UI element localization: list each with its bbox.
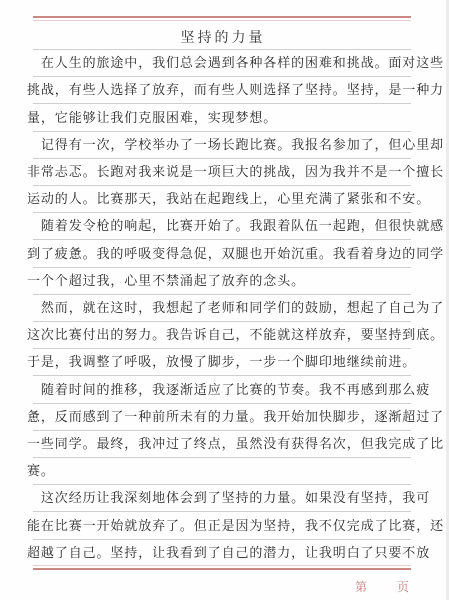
- bottom-margin-rule: [33, 568, 411, 570]
- top-margin-rule: [33, 16, 411, 18]
- page-label-prefix: 第: [355, 578, 367, 595]
- essay-line: 记得有一次，学校举办了一场长跑比赛。我报名参加了，但心里却: [27, 137, 415, 155]
- ruled-line: [33, 212, 411, 213]
- ruled-line: [33, 239, 411, 240]
- ruled-line: [33, 267, 411, 268]
- ruled-line: [33, 457, 411, 458]
- essay-line: 然而，就在这时，我想起了老师和同学们的鼓励，想起了自己为了: [27, 300, 415, 318]
- top-margin-rule-secondary: [33, 20, 411, 21]
- notebook-page: 坚持的力量 在人生的旅途中，我们总会遇到各种各样的困难和挑战。面对这些挑战，有些…: [0, 0, 446, 600]
- ruled-line: [33, 321, 411, 322]
- ruled-line: [33, 375, 411, 376]
- essay-line: 这次比赛付出的努力。我告诉自己，不能就这样放弃，要坚持到底。: [27, 327, 415, 345]
- ruled-line: [33, 539, 411, 540]
- essay-line: 于是，我调整了呼吸，放慢了脚步，一步一个脚印地继续前进。: [27, 354, 415, 372]
- ruled-line: [33, 430, 411, 431]
- ruled-line: [33, 158, 411, 159]
- essay-line: 随着时间的推移，我逐渐适应了比赛的节奏。我不再感到那么疲: [27, 382, 415, 400]
- ruled-line: [33, 511, 411, 512]
- ruled-line: [33, 49, 411, 50]
- bottom-margin-rule-secondary: [33, 565, 411, 566]
- ruled-line: [33, 294, 411, 295]
- essay-line: 能在比赛一开始就放弃了。但正是因为坚持，我不仅完成了比赛，还: [27, 518, 415, 536]
- essay-line: 到了疲惫。我的呼吸变得急促，双腿也开始沉重。我看着身边的同学: [27, 246, 415, 264]
- page-label-suffix: 页: [397, 578, 409, 595]
- essay-line: 非常忐忑。长跑对我来说是一项巨大的挑战，因为我并不是一个擅长: [27, 164, 415, 182]
- ruled-line: [33, 403, 411, 404]
- ruled-line: [33, 131, 411, 132]
- essay-line: 赛。: [27, 463, 415, 481]
- ruled-line: [33, 103, 411, 104]
- essay-line: 惫，反而感到了一种前所未有的力量。我开始加快脚步，逐渐超过了: [27, 409, 415, 427]
- ruled-line: [33, 76, 411, 77]
- essay-line: 一些同学。最终，我冲过了终点，虽然没有获得名次，但我完成了比: [27, 436, 415, 454]
- essay-line: 一个个超过我，心里不禁涌起了放弃的念头。: [27, 273, 415, 291]
- essay-line: 这次经历让我深刻地体会到了坚持的力量。如果没有坚持，我可: [27, 490, 415, 508]
- essay-line: 量，它能够让我们克服困难，实现梦想。: [27, 110, 415, 128]
- page-number-label: 第页: [355, 578, 409, 595]
- essay-line: 在人生的旅途中，我们总会遇到各种各样的困难和挑战。面对这些: [27, 55, 415, 73]
- ruled-line: [33, 185, 411, 186]
- essay-line: 随着发令枪的响起，比赛开始了。我跟着队伍一起跑，但很快就感: [27, 218, 415, 236]
- essay-line: 挑战，有些人选择了放弃，而有些人则选择了坚持。坚持，是一种力: [27, 82, 415, 100]
- ruled-line: [33, 348, 411, 349]
- essay-line: 运动的人。比赛那天，我站在起跑线上，心里充满了紧张和不安。: [27, 191, 415, 209]
- ruled-line: [33, 484, 411, 485]
- essay-title: 坚持的力量: [0, 27, 446, 47]
- essay-line: 超越了自己。坚持，让我看到了自己的潜力，让我明白了只要不放: [27, 545, 415, 563]
